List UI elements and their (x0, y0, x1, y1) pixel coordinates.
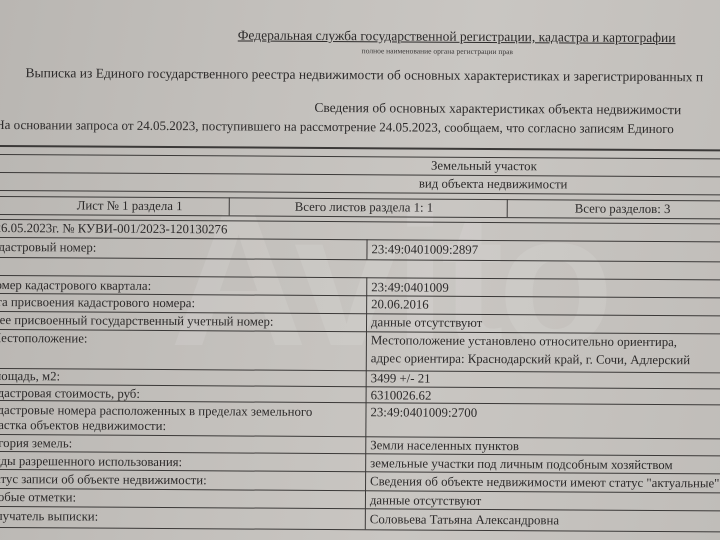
table-border (0, 506, 720, 511)
row-value-cadastral-value: 6310026.62 (371, 388, 432, 403)
table-border (0, 329, 720, 334)
row-value-assign-date: 20.06.2016 (371, 297, 429, 312)
row-value-special-notes: данные отсутствуют (370, 493, 481, 509)
row-label-quarter: Номер кадастрового квартала: (0, 278, 151, 294)
row-label-assign-date: Дата присвоения кадастрового номера: (0, 295, 195, 311)
table-border (229, 197, 230, 215)
table-border (0, 368, 720, 373)
total-sections: Всего разделов: 3 (575, 202, 671, 218)
table-border (0, 190, 720, 195)
row-value-cadastral-number: 23:49:0401009:2897 (371, 242, 478, 258)
row-value-recipient: Соловьева Татьяна Александровна (370, 512, 559, 528)
table-border (0, 237, 720, 242)
row-label-recipient: Получатель выписки: (0, 509, 98, 525)
agency-name: Федеральная служба государственной регис… (238, 27, 676, 46)
row-label-contained-objects-line2: участка объектов недвижимости: (0, 418, 166, 434)
document-page: Федеральная служба государственной регис… (0, 0, 720, 540)
object-type-caption: вид объекта недвижимости (419, 177, 568, 193)
row-label-prev-number: Ранее присвоенный государственный учетны… (0, 313, 274, 330)
table-border (0, 257, 720, 262)
row-label-cadastral-value: Кадастровая стоимость, руб: (0, 386, 140, 402)
row-value-quarter: 23:49:0401009 (371, 280, 449, 295)
sheet-number: Лист № 1 раздела 1 (77, 198, 183, 214)
table-border (507, 199, 508, 217)
total-sheets: Всего листов раздела 1: 1 (295, 200, 434, 216)
row-label-permitted-use: Виды разрешенного использования: (0, 454, 182, 470)
row-value-permitted-use: земельные участки под личным подсобным х… (370, 456, 673, 473)
row-label-cadastral-number: Кадастровый номер: (0, 240, 96, 256)
row-value-prev-number: данные отсутствуют (371, 315, 482, 331)
row-label-land-category: Категория земель: (0, 436, 72, 452)
row-label-record-status: Статус записи об объекте недвижимости: (0, 472, 207, 488)
table-border (0, 434, 720, 439)
request-basis-text: На основании запроса от 24.05.2023, пост… (0, 117, 674, 137)
row-value-record-status: Сведения об объекте недвижимости имеют с… (370, 474, 719, 491)
table-border (0, 527, 720, 532)
object-type: Земельный участок (431, 159, 537, 175)
agency-caption: полное наименование органа регистрации п… (362, 46, 513, 56)
row-value-location-line2: адрес ориентира: Краснодарский край, г. … (371, 351, 690, 368)
row-value-area: 3499 +/- 21 (371, 371, 431, 386)
row-label-area: Площадь, м2: (0, 369, 60, 384)
table-border (366, 239, 367, 259)
row-label-special-notes: Особые отметки: (0, 490, 76, 506)
extract-reference: 26.05.2023г. № КУВИ-001/2023-120130276 (0, 221, 227, 237)
document-title: Выписка из Единого государственного реес… (26, 65, 704, 85)
document-subtitle: Сведения об основных характеристиках объ… (314, 100, 681, 118)
table-border (0, 172, 720, 177)
table-border (0, 154, 720, 159)
row-value-land-category: Земли населенных пунктов (370, 438, 519, 454)
row-label-location: Местоположение: (0, 331, 88, 347)
row-value-contained-objects: 23:49:0401009:2700 (370, 405, 477, 421)
table-border (0, 145, 720, 151)
row-value-location: Местоположение установлено относительно … (371, 333, 677, 350)
